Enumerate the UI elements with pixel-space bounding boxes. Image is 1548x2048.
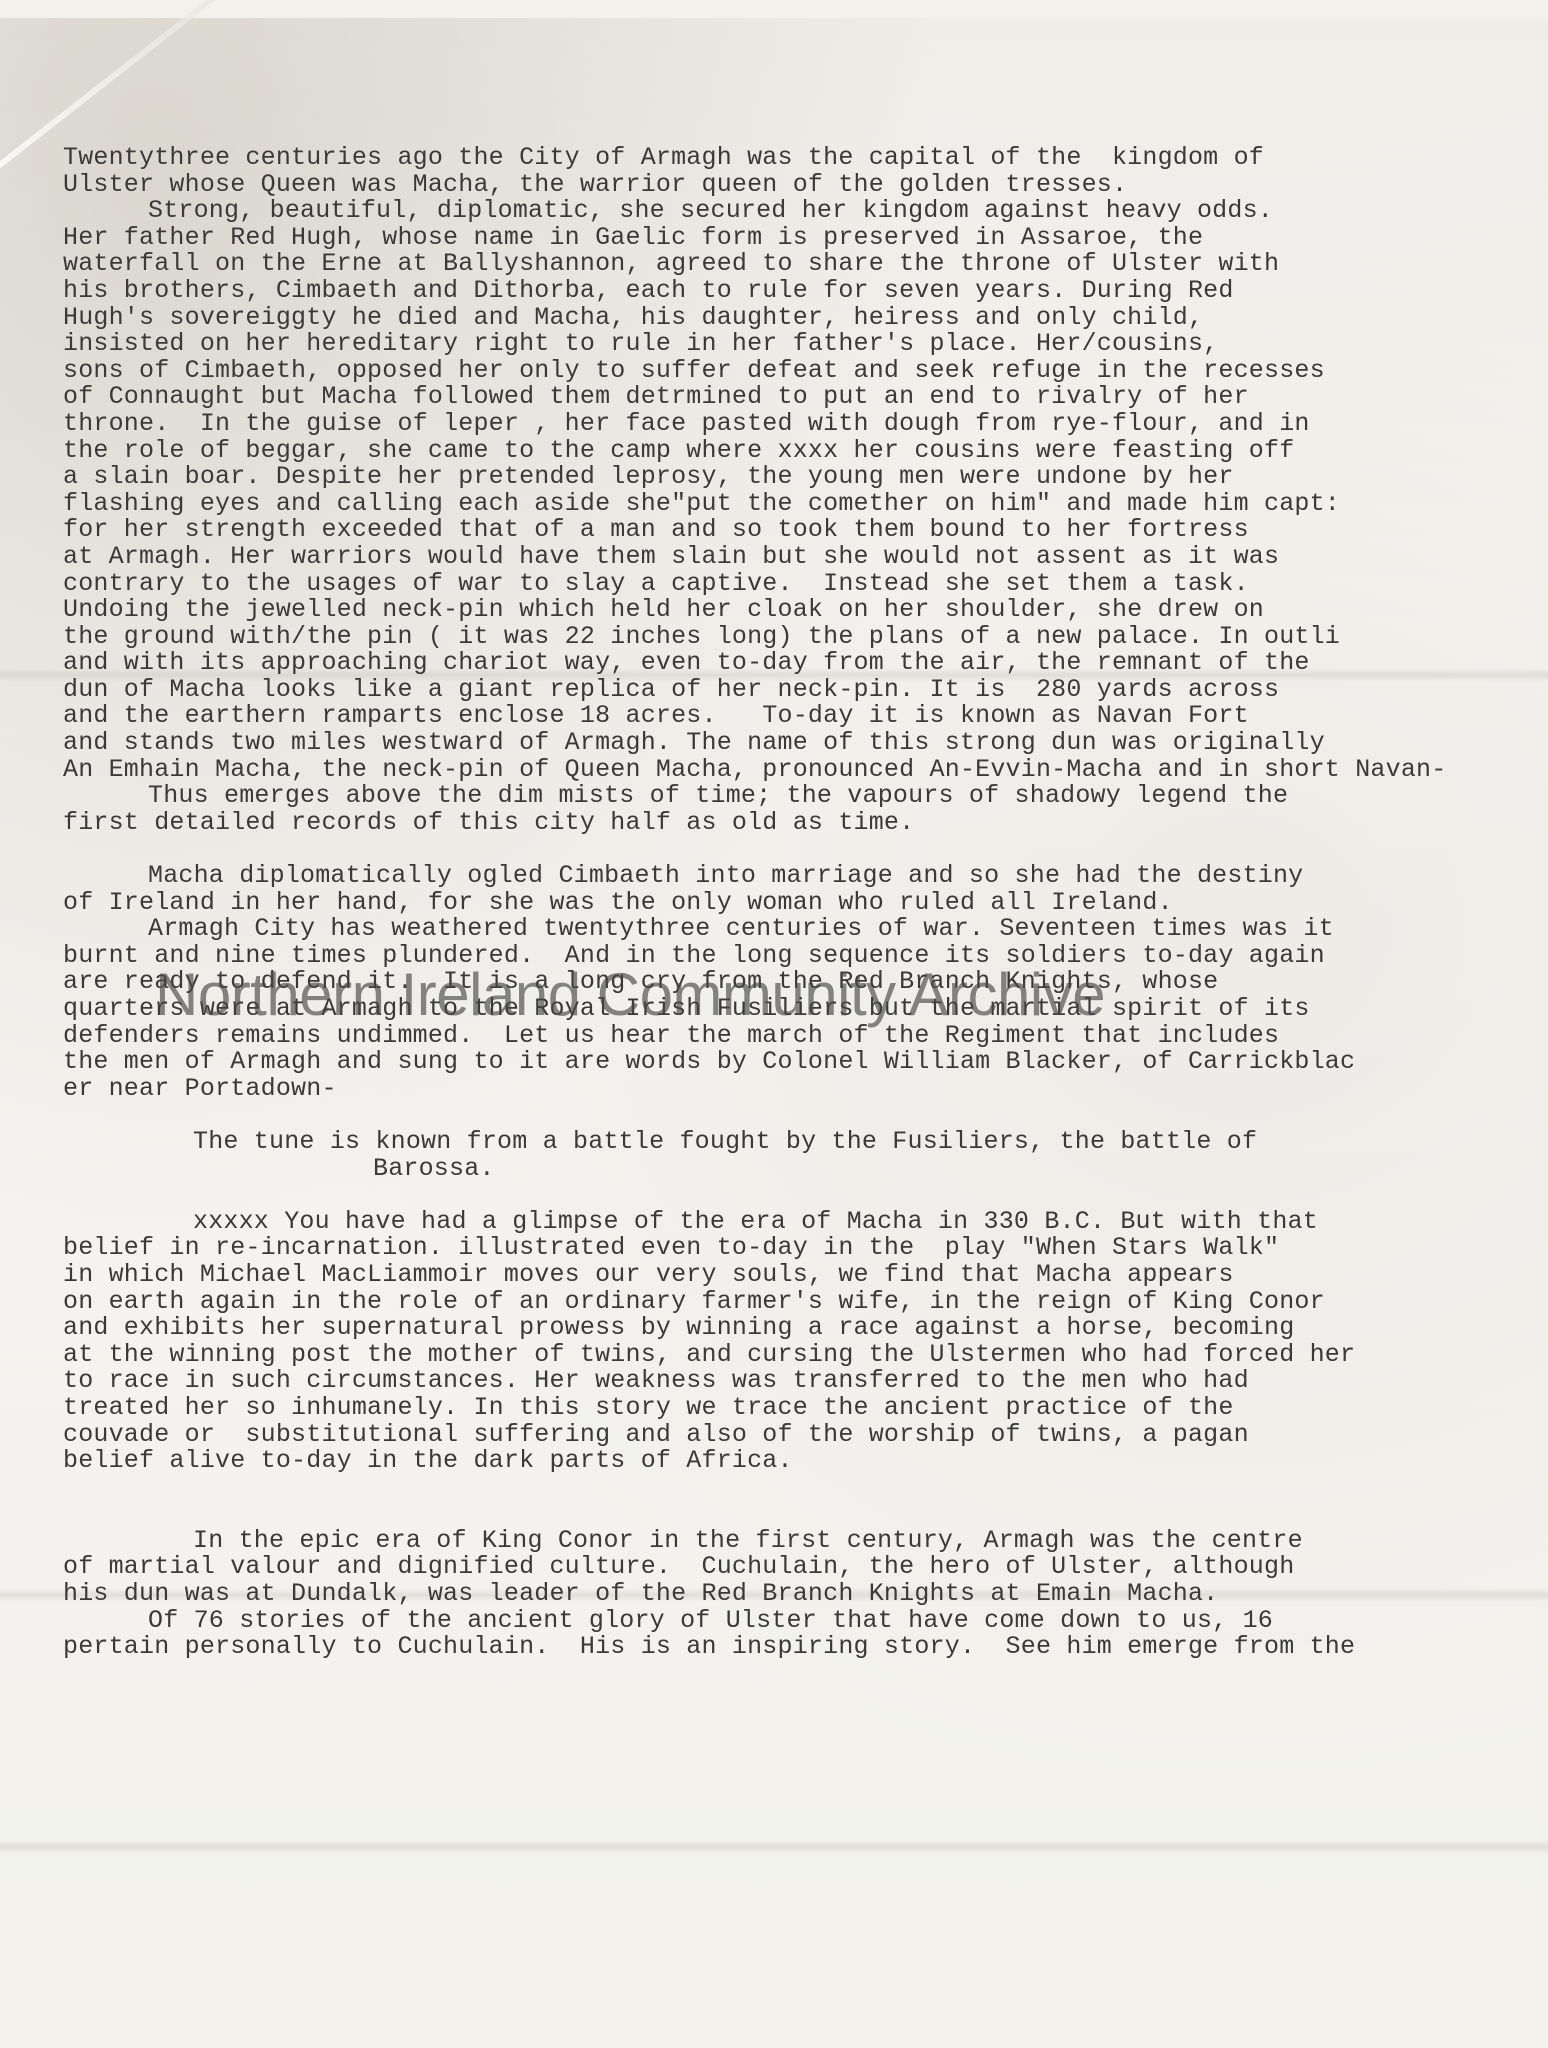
text-line: couvade or substitutional suffering and … [63,1422,1543,1449]
text-line: treated her so inhumanely. In this story… [63,1395,1543,1422]
text-line: flashing eyes and calling each aside she… [63,491,1543,518]
text-line: In the epic era of King Conor in the fir… [63,1528,1543,1555]
text-line: to race in such circumstances. Her weakn… [63,1368,1543,1395]
text-line: of Ireland in her hand, for she was the … [63,890,1543,917]
text-line: Hugh's sovereiggty he died and Macha, hi… [63,305,1543,332]
text-line: first detailed records of this city half… [63,810,1543,837]
text-line: throne. In the guise of leper , her face… [63,411,1543,438]
text-line: Strong, beautiful, diplomatic, she secur… [63,198,1543,225]
paragraph: In the epic era of King Conor in the fir… [63,1528,1543,1555]
text-line: the role of beggar, she came to the camp… [63,438,1543,465]
text-line: Twentythree centuries ago the City of Ar… [63,145,1543,172]
text-line: at Armagh. Her warriors would have them … [63,544,1543,571]
text-line: er near Portadown- [63,1076,1543,1103]
text-line: and with its approaching chariot way, ev… [63,650,1543,677]
paragraph: Of 76 stories of the ancient glory of Ul… [63,1608,1543,1635]
text-line: his dun was at Dundalk, was leader of th… [63,1581,1543,1608]
text-line: sons of Cimbaeth, opposed her only to su… [63,358,1543,385]
text-line: Barossa. [63,1156,1543,1183]
text-line: Armagh City has weathered twentythree ce… [63,916,1543,943]
paper-fold [0,1840,1548,1854]
text-line: The tune is known from a battle fought b… [63,1129,1543,1156]
text-line: of martial valour and dignified culture.… [63,1554,1543,1581]
text-line: Her father Red Hugh, whose name in Gaeli… [63,225,1543,252]
text-line: the men of Armagh and sung to it are wor… [63,1049,1543,1076]
text-line: belief alive to-day in the dark parts of… [63,1448,1543,1475]
text-line: on earth again in the role of an ordinar… [63,1289,1543,1316]
text-line: contrary to the usages of war to slay a … [63,571,1543,598]
paragraph: xxxxx You have had a glimpse of the era … [63,1209,1543,1236]
paragraph: Barossa. [63,1156,1543,1183]
text-line: insisted on her hereditary right to rule… [63,331,1543,358]
typewritten-text: Twentythree centuries ago the City of Ar… [63,145,1543,1661]
paragraph: Macha diplomatically ogled Cimbaeth into… [63,863,1543,916]
text-line: his brothers, Cimbaeth and Dithorba, eac… [63,278,1543,305]
paragraph-gap [63,836,1543,863]
paragraph: of martial valour and dignified culture.… [63,1554,1543,1607]
paragraph: belief in re-incarnation. illustrated ev… [63,1235,1543,1474]
text-line: dun of Macha looks like a giant replica … [63,677,1543,704]
text-line: and the earthern ramparts enclose 18 acr… [63,703,1543,730]
watermark: Northern Ireland Community Archive [155,960,1105,1029]
paragraph: Twentythree centuries ago the City of Ar… [63,145,1543,198]
text-line: and exhibits her supernatural prowess by… [63,1315,1543,1342]
paragraph-gap [63,1102,1543,1129]
text-line: An Emhain Macha, the neck-pin of Queen M… [63,757,1543,784]
text-line: Macha diplomatically ogled Cimbaeth into… [63,863,1543,890]
text-line: xxxxx You have had a glimpse of the era … [63,1209,1543,1236]
paragraph-gap [63,1501,1543,1528]
text-line: pertain personally to Cuchulain. His is … [63,1634,1543,1661]
paragraph: Strong, beautiful, diplomatic, she secur… [63,198,1543,783]
text-line: and stands two miles westward of Armagh.… [63,730,1543,757]
text-line: Undoing the jewelled neck-pin which held… [63,597,1543,624]
text-line: waterfall on the Erne at Ballyshannon, a… [63,251,1543,278]
text-line: a slain boar. Despite her pretended lepr… [63,464,1543,491]
paragraph-gap [63,1475,1543,1502]
text-line: at the winning post the mother of twins,… [63,1342,1543,1369]
text-line: belief in re-incarnation. illustrated ev… [63,1235,1543,1262]
paragraph-gap [63,1182,1543,1209]
text-line: Of 76 stories of the ancient glory of Ul… [63,1608,1543,1635]
text-line: of Connaught but Macha followed them det… [63,384,1543,411]
text-line: for her strength exceeded that of a man … [63,517,1543,544]
paragraph: Thus emerges above the dim mists of time… [63,783,1543,836]
paragraph: pertain personally to Cuchulain. His is … [63,1634,1543,1661]
text-line: the ground with/the pin ( it was 22 inch… [63,624,1543,651]
text-line: Thus emerges above the dim mists of time… [63,783,1543,810]
text-line: Ulster whose Queen was Macha, the warrio… [63,172,1543,199]
text-line: in which Michael MacLiammoir moves our v… [63,1262,1543,1289]
paragraph: The tune is known from a battle fought b… [63,1129,1543,1156]
